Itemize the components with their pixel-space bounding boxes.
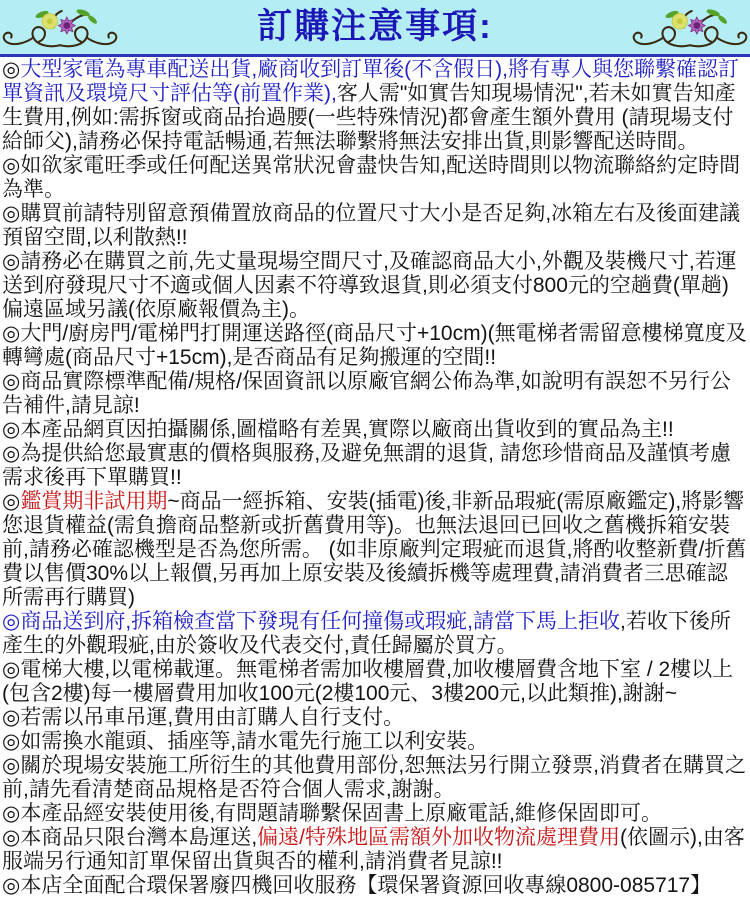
notice-item: ◎關於現場安裝施工所衍生的其他費用部份,恕無法另行開立發票,消費者在購買之前,請… xyxy=(2,754,747,802)
floral-ornament-left-icon xyxy=(0,5,120,53)
notice-text-segment: ◎若需以吊車吊運,費用由訂購人自行支付。 xyxy=(2,706,404,729)
notice-text-segment: ◎本商品只限台灣本島運送, xyxy=(2,826,257,849)
notice-item: ◎為提供給您最實惠的價格與服務,及避免無謂的退貨, 請您珍惜商品及謹慎考慮需求後… xyxy=(2,442,747,490)
notice-text-segment: ◎ xyxy=(2,490,20,513)
notice-item: ◎商品實際標準配備/規格/保固資訊以原廠官網公佈為準,如說明有誤恕不另行公告補件… xyxy=(2,370,747,418)
notice-text-segment: ◎本店全面配合環保署廢四機回收服務【環保署資源回收專線0800-085717】 xyxy=(2,874,711,897)
notice-text-segment: ◎如欲家電旺季或任何配送異常狀況會盡快告知,配送時間則以物流聯絡約定時間為準。 xyxy=(2,154,740,201)
notice-text-segment: ◎電梯大樓,以電梯載運。無電梯者需加收樓層費,加收樓層費含地下室 / 2樓以上(… xyxy=(2,658,733,705)
notice-item: ◎如欲家電旺季或任何配送異常狀況會盡快告知,配送時間則以物流聯絡約定時間為準。 xyxy=(2,154,747,202)
notice-text-segment: ◎ xyxy=(2,58,20,81)
notice-text-segment: ◎大門/廚房門/電梯門打開運送路徑(商品尺寸+10cm)(無電梯者需留意樓梯寬度… xyxy=(2,322,747,369)
notice-text-segment: 偏遠/特殊地區需額外加收物流處理費用 xyxy=(257,826,620,849)
notice-text-segment: ◎商品送到府,拆箱檢查當下發現有任何撞傷或瑕疵,請當下馬上拒收 xyxy=(2,610,620,633)
notice-header: 訂購注意事項: xyxy=(0,0,750,57)
notice-text-segment: ◎為提供給您最實惠的價格與服務,及避免無謂的退貨, 請您珍惜商品及謹慎考慮需求後… xyxy=(2,442,731,489)
notice-text-segment: ◎關於現場安裝施工所衍生的其他費用部份,恕無法另行開立發票,消費者在購買之前,請… xyxy=(2,754,746,801)
notices-list: ◎大型家電為專車配送出貨,廠商收到訂單後(不含假日),將有專人與您聯繫確認訂單資… xyxy=(0,57,750,897)
notice-item: ◎大門/廚房門/電梯門打開運送路徑(商品尺寸+10cm)(無電梯者需留意樓梯寬度… xyxy=(2,322,747,370)
notice-item: ◎如需換水龍頭、插座等,請水電先行施工以利安裝。 xyxy=(2,730,747,754)
notice-item: ◎大型家電為專車配送出貨,廠商收到訂單後(不含假日),將有專人與您聯繫確認訂單資… xyxy=(2,58,747,154)
notice-item: ◎本店全面配合環保署廢四機回收服務【環保署資源回收專線0800-085717】 xyxy=(2,874,747,897)
notice-text-segment: ◎如需換水龍頭、插座等,請水電先行施工以利安裝。 xyxy=(2,730,488,753)
notice-item: ◎商品送到府,拆箱檢查當下發現有任何撞傷或瑕疵,請當下馬上拒收,若收下後所產生的… xyxy=(2,610,747,658)
notice-text-segment: ◎商品實際標準配備/規格/保固資訊以原廠官網公佈為準,如說明有誤恕不另行公告補件… xyxy=(2,370,731,417)
notice-item: ◎鑑賞期非試用期~商品一經拆箱、安裝(插電)後,非新品瑕疵(需原廠鑑定),將影響… xyxy=(2,490,747,610)
notice-item: ◎若需以吊車吊運,費用由訂購人自行支付。 xyxy=(2,706,747,730)
notice-item: ◎購買前請特別留意預備置放商品的位置尺寸大小是否足夠,冰箱左右及後面建議預留空間… xyxy=(2,202,747,250)
notice-text-segment: ◎購買前請特別留意預備置放商品的位置尺寸大小是否足夠,冰箱左右及後面建議預留空間… xyxy=(2,202,740,249)
floral-ornament-right-icon xyxy=(630,5,750,53)
notice-item: ◎請務必在購買之前,先丈量現場空間尺寸,及確認商品大小,外觀及裝機尺寸,若運送到… xyxy=(2,250,747,322)
notice-item: ◎本產品經安裝使用後,有問題請聯繫保固書上原廠電話,維修保固即可。 xyxy=(2,802,747,826)
notice-text-segment: ◎本產品經安裝使用後,有問題請聯繫保固書上原廠電話,維修保固即可。 xyxy=(2,802,662,825)
notice-item: ◎本商品只限台灣本島運送,偏遠/特殊地區需額外加收物流處理費用(依圖示),由客服… xyxy=(2,826,747,874)
page-title: 訂購注意事項: xyxy=(120,0,630,54)
notice-text-segment: ◎本產品網頁因拍攝關係,圖檔略有差異,實際以廠商出貨收到的實品為主!! xyxy=(2,418,674,441)
notice-item: ◎本產品網頁因拍攝關係,圖檔略有差異,實際以廠商出貨收到的實品為主!! xyxy=(2,418,747,442)
notice-item: ◎電梯大樓,以電梯載運。無電梯者需加收樓層費,加收樓層費含地下室 / 2樓以上(… xyxy=(2,658,747,706)
notice-text-segment: 鑑賞期非試用期 xyxy=(20,490,167,513)
notice-text-segment: ◎請務必在購買之前,先丈量現場空間尺寸,及確認商品大小,外觀及裝機尺寸,若運送到… xyxy=(2,250,737,321)
